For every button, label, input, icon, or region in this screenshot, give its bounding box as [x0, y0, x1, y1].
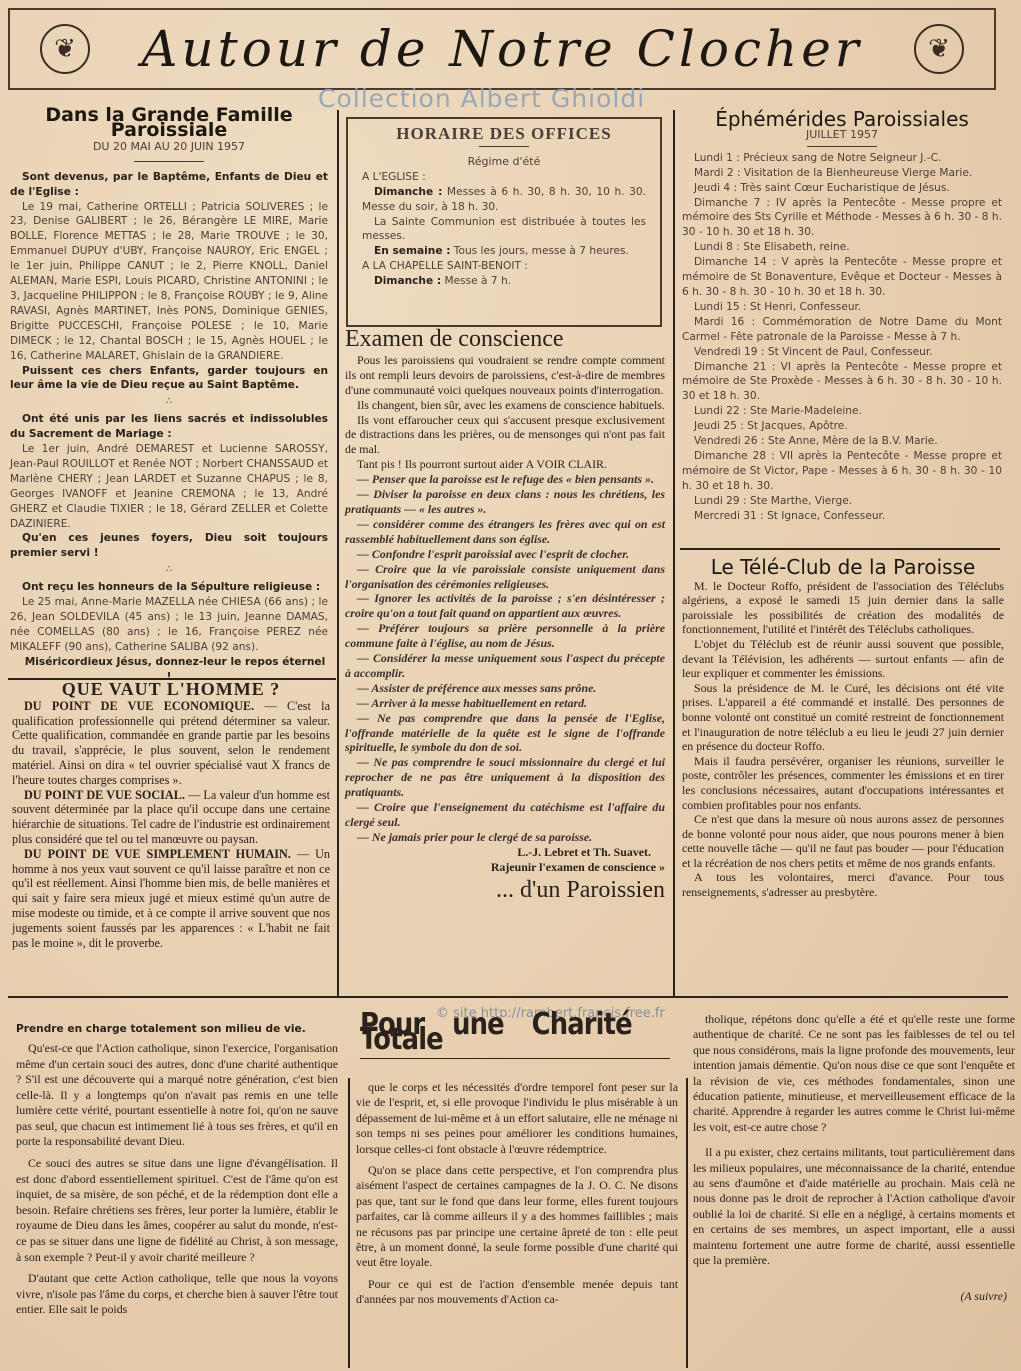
homme-title: QUE VAUT L'HOMME ? — [12, 682, 330, 697]
column-divider — [337, 110, 339, 996]
semaine-label: En semaine : — [374, 245, 450, 257]
examen-intro: Pous les paroissiens qui voudraient se r… — [345, 353, 665, 472]
teleclub-paragraph: A tous les volontaires, merci d'avance. … — [682, 870, 1004, 899]
teleclub-paragraph: M. le Docteur Roffo, président de l'asso… — [682, 579, 1004, 637]
mariage-wish: Qu'en ces jeunes foyers, Dieu soit toujo… — [10, 532, 328, 559]
bell-emblem-icon: ❦ — [914, 24, 964, 74]
ephemeride-entry: Jeudi 25 : St Jacques, Apôtre. — [682, 419, 1002, 434]
famille-section: Dans la Grande Famille Paroissiale DU 20… — [10, 108, 328, 685]
charite-paragraph: tholique, répétons donc qu'elle a été et… — [693, 1012, 1015, 1135]
short-rule — [134, 161, 204, 162]
examen-paragraph: Tant pis ! Ils pourront surtout aider A … — [345, 457, 665, 472]
examen-authors: L.-J. Lebret et Th. Suavet. — [345, 845, 665, 860]
column-divider — [673, 110, 675, 996]
examen-point: — Ne pas comprendre que dans la pensée d… — [345, 711, 665, 756]
charite-paragraph: que le corps et les nécessités d'ordre t… — [356, 1080, 678, 1157]
examen-source: Rajeunir l'examen de conscience » — [345, 860, 665, 875]
examen-footer: ... d'un Paroissien — [345, 875, 665, 905]
charite-kicker: Prendre en charge totalement son milieu … — [16, 1022, 338, 1037]
examen-point: — Considérer la messe uniquement sous l'… — [345, 651, 665, 681]
famille-title: Dans la Grande Famille Paroissiale — [10, 108, 328, 138]
mariage-intro: Ont été unis par les liens sacrés et ind… — [10, 413, 328, 440]
teleclub-title: Le Télé-Club de la Paroisse — [682, 560, 1004, 575]
examen-paragraph: Ils vont effaroucher ceux qui s'accusent… — [345, 413, 665, 458]
ephemeride-entry: Dimanche 7 : IV après la Pentecôte - Mes… — [682, 196, 1002, 241]
examen-point: — Arriver à la messe habituellement en r… — [345, 696, 665, 711]
ephemeride-entry: Lundi 8 : Ste Elisabeth, reine. — [682, 240, 1002, 255]
ephemeride-entry: Dimanche 21 : VI après la Pentecôte - Me… — [682, 360, 1002, 405]
examen-point: — Ne jamais prier pour le clergé de sa p… — [345, 830, 665, 845]
horaire-eglise: A L'EGLISE : — [362, 170, 646, 185]
teleclub-body: M. le Docteur Roffo, président de l'asso… — [682, 579, 1004, 900]
sepulture-list: Le 25 mai, Anne-Marie MAZELLA née CHIESA… — [10, 595, 328, 655]
title-underline — [360, 1058, 670, 1059]
examen-point: — Ignorer les activités de la paroisse ;… — [345, 591, 665, 621]
ephemerides-list: Lundi 1 : Précieux sang de Notre Seigneu… — [682, 151, 1002, 524]
charite-paragraph: D'autant que cette Action catholique, te… — [16, 1271, 338, 1318]
charite-paragraph: Pour ce qui est de l'action d'ensemble m… — [356, 1277, 678, 1308]
homme-p3-lead: DU POINT DE VUE SIMPLEMENT HUMAIN. — [24, 847, 291, 861]
charite-col2-text: que le corps et les nécessités d'ordre t… — [356, 1080, 678, 1308]
ephemeride-entry: Jeudi 4 : Très saint Cœur Eucharistique … — [682, 181, 1002, 196]
charite-paragraph: Qu'est-ce que l'Action catholique, sinon… — [16, 1041, 338, 1150]
column-divider — [686, 1078, 688, 1368]
collection-watermark: Collection Albert Ghioldi — [318, 84, 645, 113]
examen-points: — Penser que la paroisse est le refuge d… — [345, 472, 665, 845]
semaine-masses: Tous les jours, messe à 7 heures. — [450, 245, 628, 257]
charite-paragraph: Qu'on se place dans cette perspective, e… — [356, 1163, 678, 1271]
chapelle-dimanche-label: Dimanche : — [374, 275, 441, 287]
short-rule — [479, 146, 529, 147]
examen-paragraph: Pous les paroissiens qui voudraient se r… — [345, 353, 665, 398]
examen-paragraph: Ils changent, bien sûr, avec les examens… — [345, 398, 665, 413]
teleclub-paragraph: L'objet du Téléclub est de réunir aussi … — [682, 637, 1004, 681]
examen-point: — Penser que la paroisse est le refuge d… — [345, 472, 665, 487]
horaire-regime: Régime d'été — [362, 155, 646, 170]
charite-paragraph: Il a pu exister, chez certains militants… — [693, 1145, 1015, 1268]
teleclub-section: Le Télé-Club de la Paroisse M. le Docteu… — [682, 560, 1004, 900]
examen-section: Examen de conscience Pous les paroissien… — [345, 332, 665, 905]
ephemeride-entry: Vendredi 19 : St Vincent de Paul, Confes… — [682, 345, 1002, 360]
homme-p2-lead: DU POINT DE VUE SOCIAL. — [24, 788, 185, 802]
homme-p3: — Un homme à nos yeux vaut souvent ce qu… — [12, 847, 330, 950]
examen-point: — Ne pas comprendre le souci missionnair… — [345, 755, 665, 800]
examen-point: — Préférer toujours sa prière personnell… — [345, 621, 665, 651]
dimanche-label: Dimanche : — [374, 186, 442, 198]
charite-col3-text: tholique, répétons donc qu'elle a été et… — [693, 1012, 1015, 1269]
column-divider — [348, 1078, 350, 1368]
bell-emblem-icon: ❦ — [40, 24, 90, 74]
teleclub-paragraph: Ce n'est que dans la mesure où nous auro… — [682, 812, 1004, 870]
a-suivre: (A suivre) — [693, 1289, 1015, 1304]
examen-point: — Croire que la vie paroissiale consiste… — [345, 562, 665, 592]
communion-note: La Sainte Communion est distribuée à tou… — [362, 215, 646, 245]
homme-section: QUE VAUT L'HOMME ? DU POINT DE VUE ECONO… — [12, 682, 330, 950]
ephemeride-entry: Dimanche 28 : VII après la Pentecôte - M… — [682, 449, 1002, 494]
ephemeride-entry: Lundi 29 : Ste Marthe, Vierge. — [682, 494, 1002, 509]
masthead: ❦ Autour de Notre Clocher ❦ — [8, 8, 996, 90]
separator-icon: ∴ — [10, 395, 328, 410]
horaire-title: HORAIRE DES OFFICES — [362, 127, 646, 142]
sepulture-intro: Ont reçu les honneurs de la Sépulture re… — [22, 581, 320, 593]
chapelle-dimanche-masses: Messe à 7 h. — [441, 275, 511, 287]
charite-col1: Prendre en charge totalement son milieu … — [16, 1022, 338, 1324]
bapteme-wish: Puissent ces chers Enfants, garder toujo… — [10, 365, 328, 392]
ephemeride-entry: Lundi 22 : Ste Marie-Madeleine. — [682, 404, 1002, 419]
examen-point: — Confondre l'esprit paroissial avec l'e… — [345, 547, 665, 562]
short-rule — [807, 146, 877, 147]
ephemeride-entry: Lundi 1 : Précieux sang de Notre Seigneu… — [682, 151, 1002, 166]
mariage-list: Le 1er juin, André DEMAREST et Lucienne … — [10, 442, 328, 531]
examen-point: — Croire que l'enseignement du catéchism… — [345, 800, 665, 830]
bapteme-list: Le 19 mai, Catherine ORTELLI ; Patricia … — [10, 200, 328, 364]
charite-col3: tholique, répétons donc qu'elle a été et… — [693, 1012, 1015, 1304]
bapteme-intro: Sont devenus, par le Baptême, Enfants de… — [10, 171, 328, 198]
charite-paragraph: Ce souci des autres se situe dans une li… — [16, 1156, 338, 1265]
charite-col2: que le corps et les nécessités d'ordre t… — [356, 1080, 678, 1314]
newspaper-title: Autour de Notre Clocher — [141, 20, 862, 78]
famille-dates: DU 20 MAI AU 20 JUIN 1957 — [10, 140, 328, 155]
teleclub-paragraph: Mais il faudra persévérer, organiser les… — [682, 754, 1004, 812]
ephemeride-entry: Lundi 15 : St Henri, Confesseur. — [682, 300, 1002, 315]
examen-title: Examen de conscience — [345, 332, 665, 347]
horaire-chapelle: A LA CHAPELLE SAINT-BENOIT : — [362, 259, 646, 274]
charite-col1-text: Qu'est-ce que l'Action catholique, sinon… — [16, 1041, 338, 1318]
separator-icon: ∴ — [10, 563, 328, 578]
horaire-box: HORAIRE DES OFFICES Régime d'été A L'EGL… — [346, 117, 662, 327]
ephemerides-section: Éphémérides Paroissiales JUILLET 1957 Lu… — [682, 112, 1002, 523]
examen-point: — Diviser la paroisse en deux clans : no… — [345, 487, 665, 517]
section-divider — [680, 548, 1000, 550]
charite-title: Pour une Charité Totale — [360, 1018, 632, 1048]
examen-point: — considérer comme des étrangers les frè… — [345, 517, 665, 547]
examen-point: — Assister de préférence aux messes sans… — [345, 681, 665, 696]
homme-p1-lead: DU POINT DE VUE ECONOMIQUE. — [24, 699, 254, 713]
charite-heading: Pour une Charité Totale — [360, 1018, 676, 1059]
ephemeride-entry: Vendredi 26 : Ste Anne, Mère de la B.V. … — [682, 434, 1002, 449]
teleclub-paragraph: Sous la présidence de M. le Curé, les dé… — [682, 681, 1004, 754]
ephemeride-entry: Mardi 2 : Visitation de la Bienheureuse … — [682, 166, 1002, 181]
ephemerides-title: Éphémérides Paroissiales — [682, 112, 1002, 127]
section-divider — [8, 996, 1008, 998]
ephemeride-entry: Mercredi 31 : St Ignace, Confesseur. — [682, 509, 1002, 524]
ephemeride-entry: Mardi 16 : Commémoration de Notre Dame d… — [682, 315, 1002, 345]
ephemeride-entry: Dimanche 14 : V après la Pentecôte - Mes… — [682, 255, 1002, 300]
